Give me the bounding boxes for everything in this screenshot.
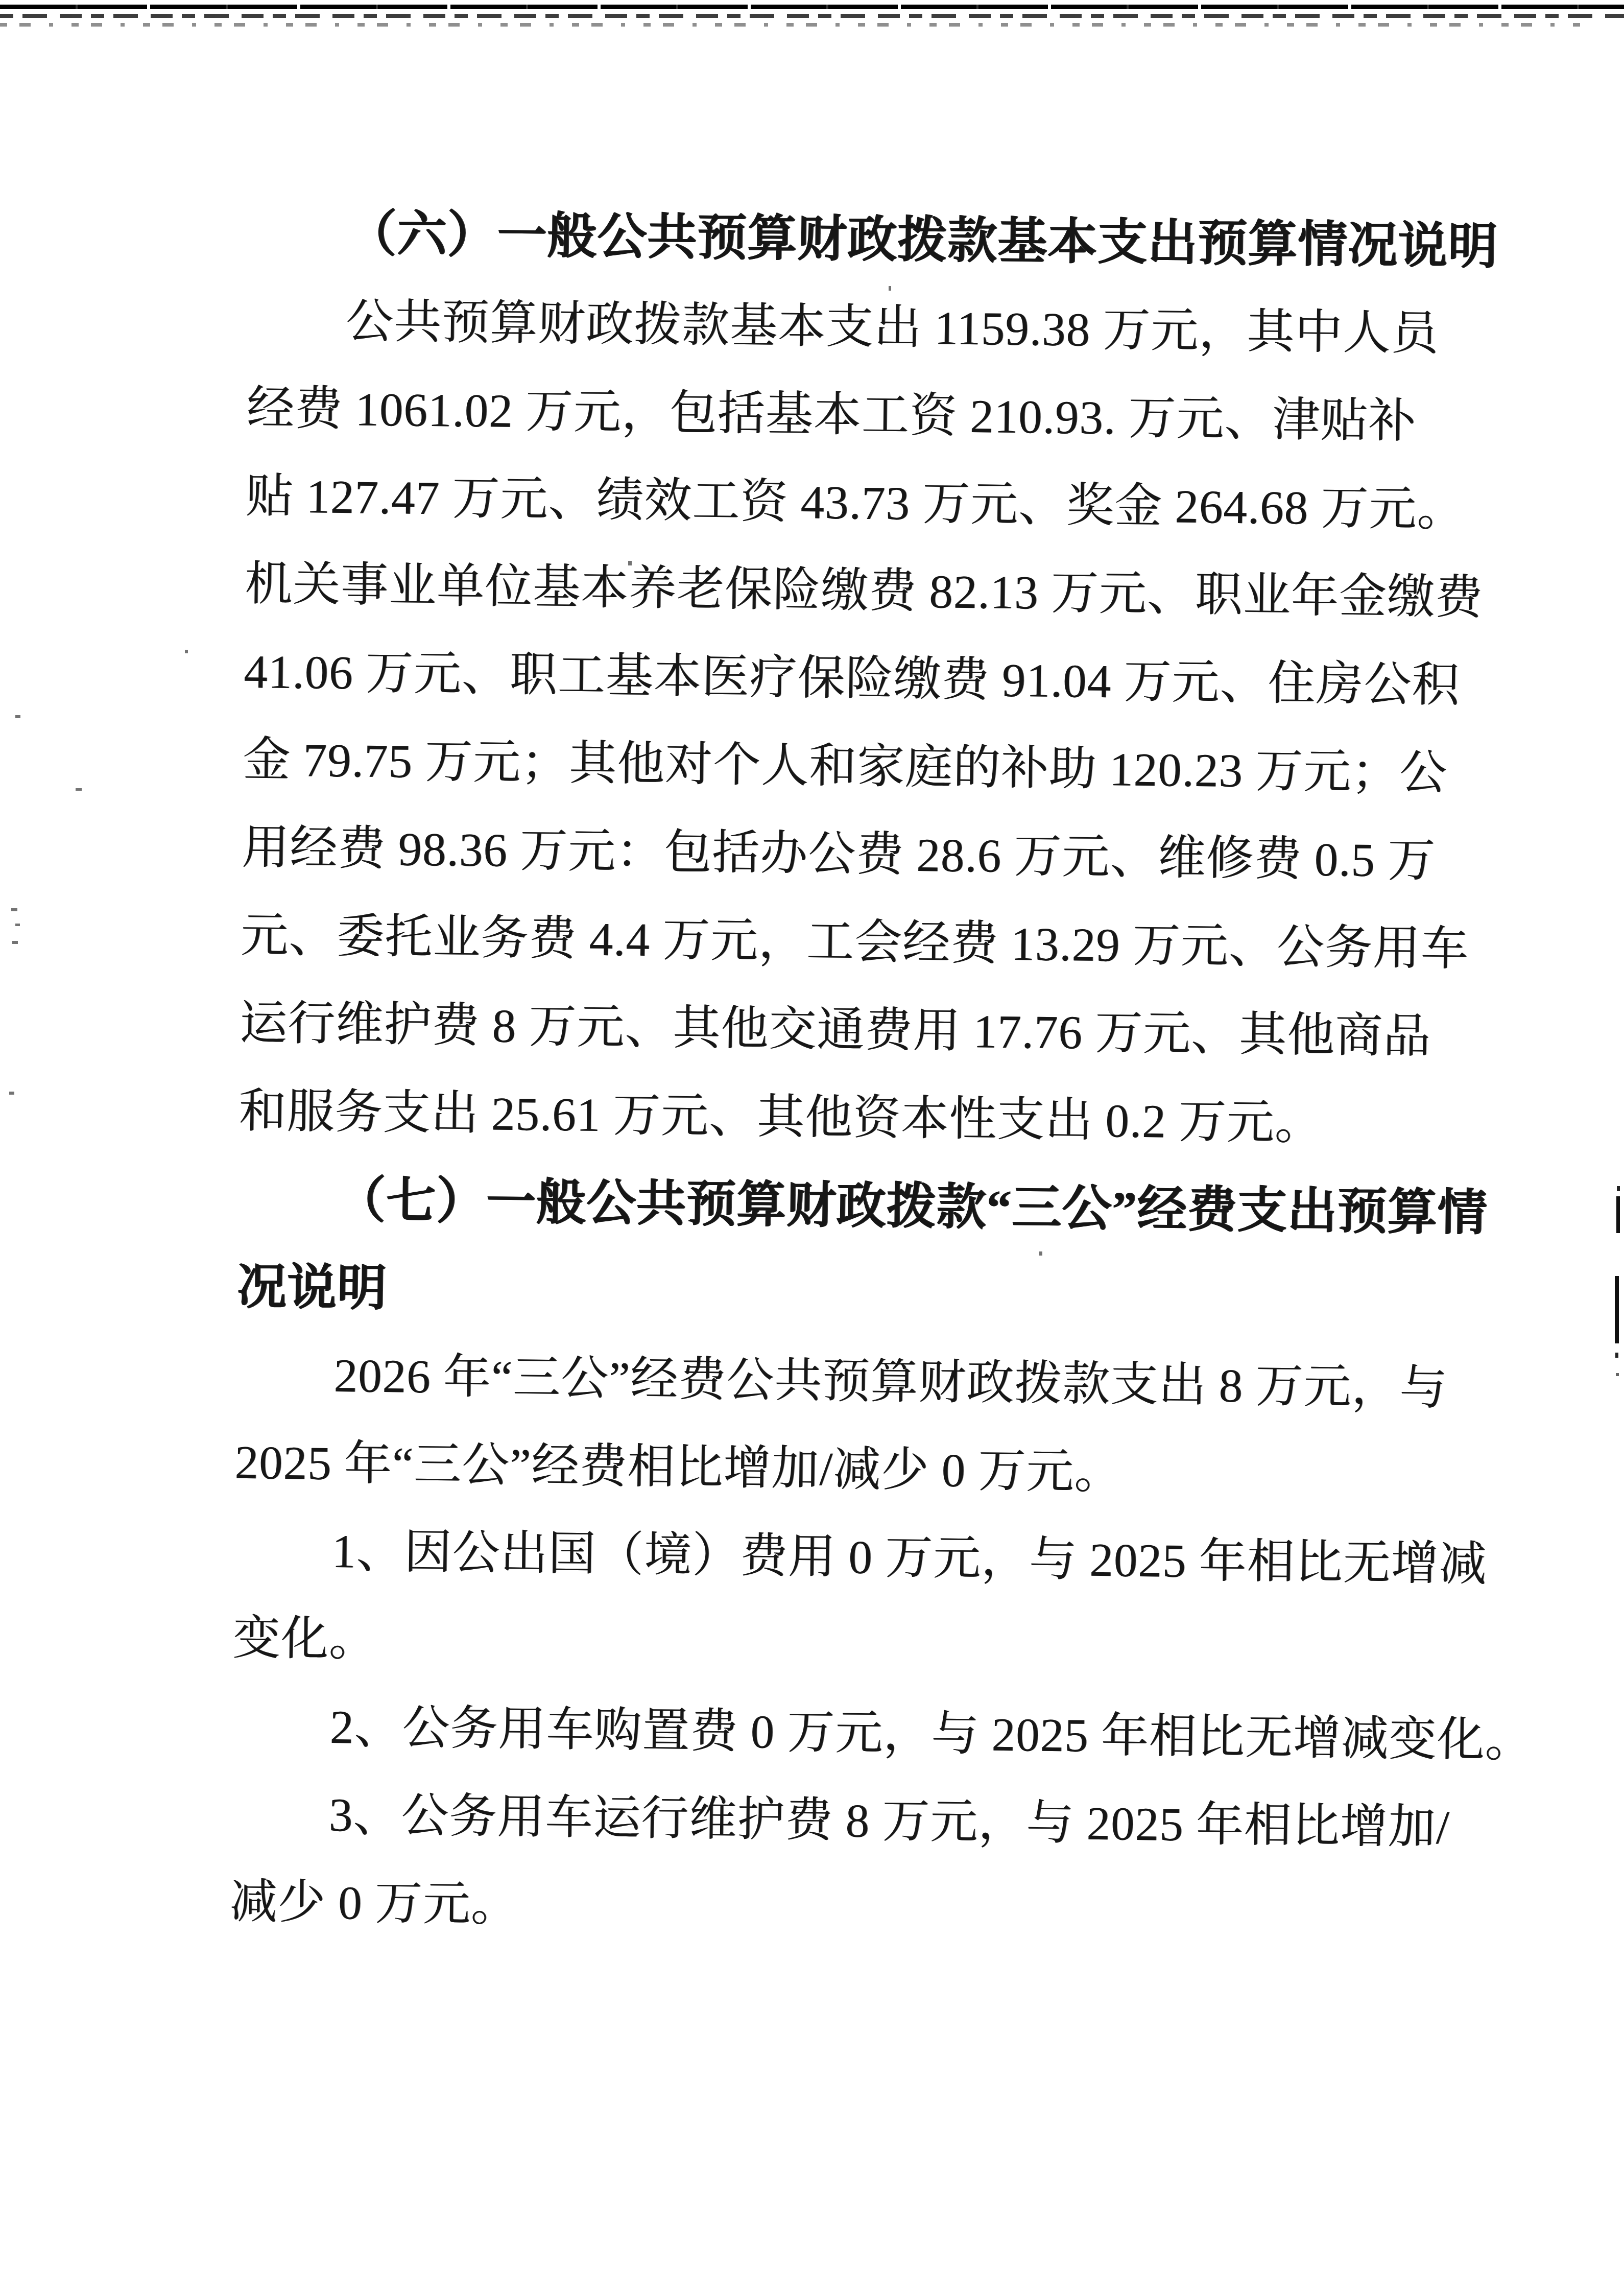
text-line: 3、公务用车运行维护费 8 万元，与 2025 年相比增加/ — [230, 1770, 1396, 1872]
scan-speck — [185, 650, 188, 653]
scan-speck — [15, 924, 20, 926]
scan-speck — [1039, 1251, 1042, 1256]
text-line: 变化。 — [232, 1595, 1398, 1696]
scan-speck — [15, 715, 20, 718]
scan-speck — [9, 1092, 14, 1095]
text-line: 2025 年“三公”经费相比增加/减少 0 万元。 — [234, 1419, 1400, 1520]
scan-artifact-right-bar-2 — [1615, 1276, 1619, 1343]
text-line: 贴 127.47 万元、绩效工资 43.73 万元、奖金 264.68 万元。 — [245, 453, 1411, 554]
scan-noise-dashed-row-1 — [0, 14, 1624, 18]
text-line: 1、因公出国（境）费用 0 万元，与 2025 年相比无增减 — [233, 1507, 1399, 1608]
text-line: 运行维护费 8 万元、其他交通费用 17.76 万元、其他商品 — [239, 980, 1404, 1081]
scan-noise-dashed-row-2 — [0, 23, 1588, 27]
scan-speck — [889, 286, 891, 291]
text-line: 2026 年“三公”经费公共预算财政拨款支出 8 万元，与 — [235, 1331, 1401, 1432]
scan-artifact-right-dot-2 — [1615, 1353, 1618, 1358]
heading-line: 况说明 — [236, 1243, 1402, 1344]
scan-artifact-right-dot-3 — [1616, 1373, 1619, 1376]
scan-speck — [12, 941, 18, 944]
text-line: 元、委托业务费 4.4 万元，工会经费 13.29 万元、公务用车 — [240, 892, 1405, 993]
scan-speck — [76, 788, 82, 791]
scan-artifact-right-bar-1 — [1616, 1196, 1620, 1233]
scan-noise-top-line — [0, 5, 1624, 9]
scan-artifact-right-dot-1 — [1617, 1186, 1620, 1191]
text-line: 经费 1061.02 万元，包括基本工资 210.93. 万元、津贴补 — [246, 365, 1412, 466]
text-line: 金 79.75 万元；其他对个人和家庭的补助 120.23 万元；公 — [242, 716, 1407, 817]
text-line: 41.06 万元、职工基本医疗保险缴费 91.04 万元、住房公积 — [243, 628, 1408, 729]
document-text: （六）一般公共预算财政拨款基本支出预算情况说明公共预算财政拨款基本支出 1159… — [229, 189, 1414, 1959]
scanned-document-page: （六）一般公共预算财政拨款基本支出预算情况说明公共预算财政拨款基本支出 1159… — [0, 0, 1624, 2293]
heading-line: （六）一般公共预算财政拨款基本支出预算情况说明 — [248, 189, 1414, 290]
scan-speck — [11, 908, 17, 911]
heading-line: （七）一般公共预算财政拨款“三公”经费支出预算情 — [237, 1155, 1403, 1257]
text-line: 机关事业单位基本养老保险缴费 82.13 万元、职业年金缴费 — [244, 540, 1410, 642]
text-line: 公共预算财政拨款基本支出 1159.38 万元，其中人员 — [247, 277, 1413, 378]
text-line: 用经费 98.36 万元：包括办公费 28.6 万元、维修费 0.5 万 — [241, 804, 1406, 905]
text-line: 2、公务用车购置费 0 万元，与 2025 年相比无增减变化。 — [231, 1683, 1397, 1784]
text-line: 减少 0 万元。 — [229, 1858, 1395, 1959]
scan-speck — [628, 561, 632, 565]
text-line: 和服务支出 25.61 万元、其他资本性支出 0.2 万元。 — [238, 1068, 1404, 1169]
